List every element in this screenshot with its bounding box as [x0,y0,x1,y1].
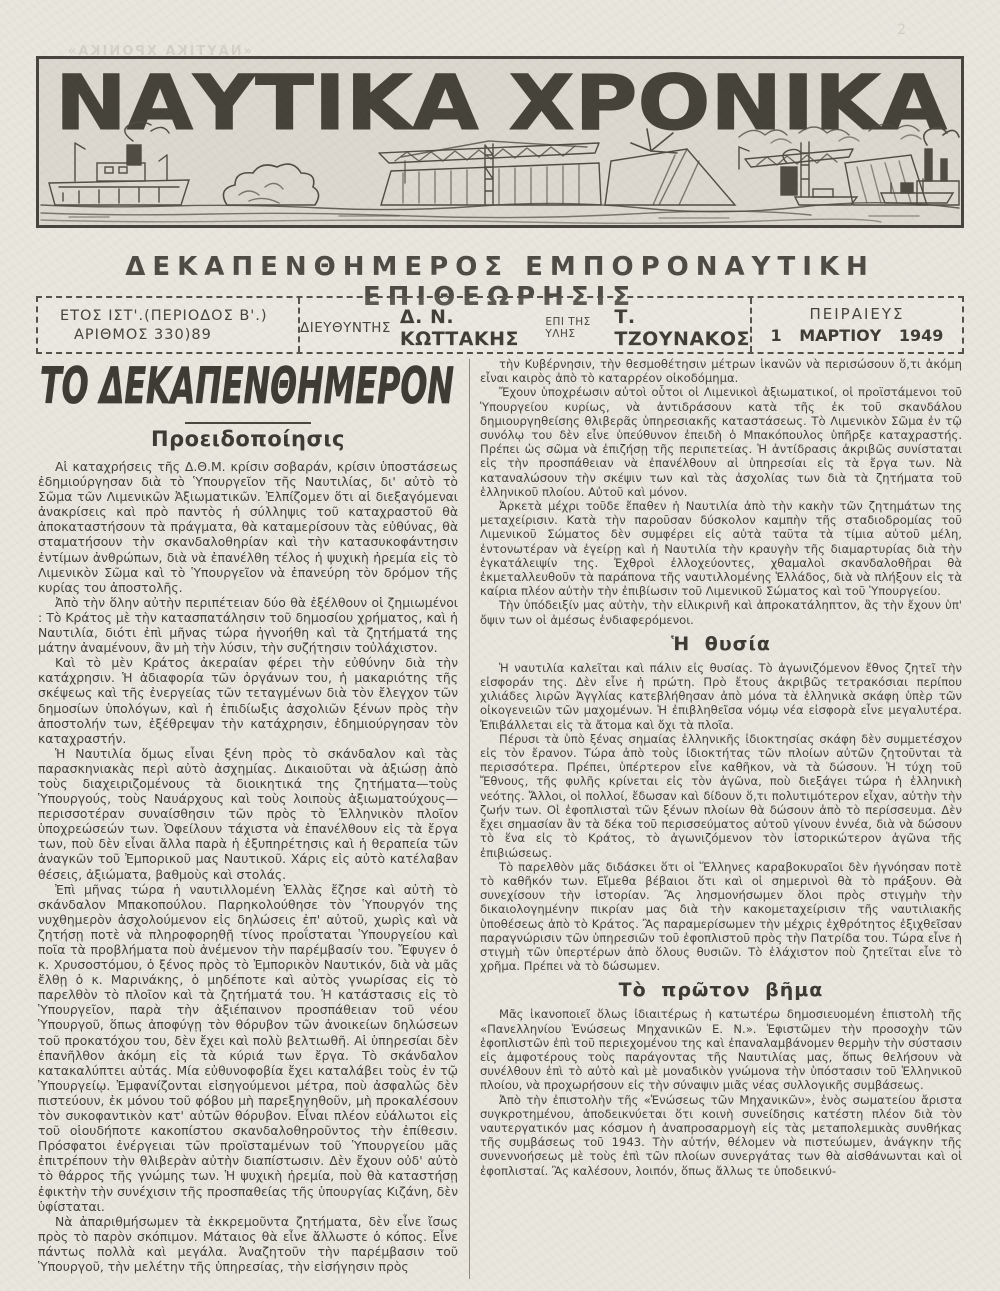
article-columns: ΤΟ ΔΕΚΑΠΕΝΘΗΜΕΡΟΝ Προειδοποίησις Αἱ κατα… [38,357,962,1279]
right-column: τὴν Κυβέρνησιν, τὴν θεσμοθέτησιν μέτρων … [480,357,962,1279]
issue-info-center: ΔΙΕΥΘΥΝΤΗΣ Δ. Ν. ΚΩΤΤΑΚΗΣ ΕΠΙ ΤΗΣ ΥΛΗΣ Τ… [300,298,750,352]
paragraph: Τὴν ὑπόδειξίν μας αὐτὴν, τὴν εἰλικρινῆ κ… [480,598,962,626]
director-label: ΔΙΕΥΘΥΝΤΗΣ [300,320,391,336]
column-divider [469,359,470,1279]
newspaper-page: { "page": { "bleed_through_text": "«ΝΑΥΤ… [0,0,1000,1291]
paragraph: Ἀπὸ τὴν ἐπιστολὴν τῆς «Ἑνώσεως τῶν Μηχαν… [480,1093,962,1178]
paragraph: Ἡ ναυτιλία καλεῖται καὶ πάλιν εἰς θυσίας… [480,661,962,732]
paragraph: Νὰ ἀπαριθμήσωμεν τὰ ἐκκρεμοῦντα ζητήματα… [38,1214,458,1274]
paragraph: Ἀρκετὰ μέχρι τοῦδε ἔπαθεν ἡ Ναυτιλία ἀπὸ… [480,499,962,598]
paragraph: Ἀπὸ τὴν ὅλην αὐτὴν περιπέτειαν δύο θὰ ἐξ… [38,595,458,655]
faint-page-number: 2 [897,22,906,38]
editor-name: Τ. ΤΖΟΥΝΑΚΟΣ [614,306,750,350]
issue-info-left: ΕΤΟΣ ΙΣΤ'.(ΠΕΡΙΟΔΟΣ Β'.) ΑΡΙΘΜΟΣ 330)89 [38,298,300,352]
paragraph: Καὶ τὸ μὲν Κράτος ἀκεραίαν φέρει τὴν εὐθ… [38,655,458,746]
director-name: Δ. Ν. ΚΩΤΤΑΚΗΣ [400,306,536,350]
paragraph: Πέρυσι τὰ ὑπὸ ξένας σημαίας ἑλληνικῆς ἰδ… [480,732,962,860]
masthead: ΝΑΥΤΙΚΑ ΧΡΟΝΙΚΑ [36,56,964,228]
issue-number-line: ΑΡΙΘΜΟΣ 330)89 [60,327,298,343]
paragraph: τὴν Κυβέρνησιν, τὴν θεσμοθέτησιν μέτρων … [480,357,962,385]
issue-date: 1 ΜΑΡΤΙΟΥ 1949 [752,326,962,345]
section3-heading: Τὸ πρῶτον βῆμα [480,979,962,1001]
paragraph: Μᾶς ἱκανοποιεῖ ὅλως ἰδιαιτέρως ἡ κατωτέρ… [480,1007,962,1092]
city: ΠΕΙΡΑΙΕΥΣ [752,305,962,323]
article-headline: ΤΟ ΔΕΚΑΠΕΝΘΗΜΕΡΟΝ [40,357,454,415]
issue-info-box: ΕΤΟΣ ΙΣΤ'.(ΠΕΡΙΟΔΟΣ Β'.) ΑΡΙΘΜΟΣ 330)89 … [36,296,964,354]
paragraph: Τὸ παρελθὸν μᾶς διδάσκει ὅτι οἱ Ἕλληνες … [480,860,962,974]
headline-rule [185,422,311,424]
section2-heading: Ἡ θυσία [480,633,962,655]
section1-heading: Προειδοποίησις [38,427,458,451]
editor-label: ΕΠΙ ΤΗΣ ΥΛΗΣ [545,316,605,340]
paragraph: Ἔχουν ὑποχρέωσιν αὐτοὶ οὗτοι οἱ Λιμενικο… [480,385,962,499]
paragraph: Ἐπὶ μῆνας τώρα ἡ ναυτιλλομένη Ἑλλὰς ἔζησ… [38,882,458,1214]
harbor-illustration [39,121,961,225]
left-column: ΤΟ ΔΕΚΑΠΕΝΘΗΜΕΡΟΝ Προειδοποίησις Αἱ κατα… [38,357,458,1279]
paragraph: Ἡ Ναυτιλία ὅμως εἶναι ξένη πρὸς τὸ σκάνδ… [38,746,458,882]
year-line: ΕΤΟΣ ΙΣΤ'.(ΠΕΡΙΟΔΟΣ Β'.) [60,308,298,324]
article-headline-wrap: ΤΟ ΔΕΚΑΠΕΝΘΗΜΕΡΟΝ [38,357,458,421]
issue-info-right: ΠΕΙΡΑΙΕΥΣ 1 ΜΑΡΤΙΟΥ 1949 [750,298,962,352]
paragraph: Αἱ καταχρήσεις τῆς Δ.Θ.Μ. κρίσιν σοβαράν… [38,459,458,595]
